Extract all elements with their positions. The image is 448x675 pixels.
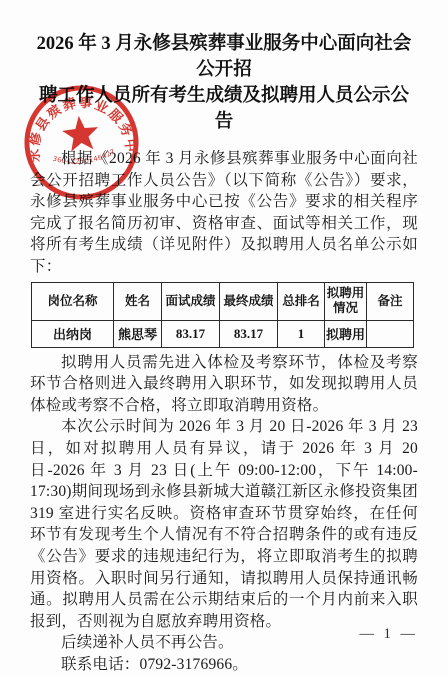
title-line-2: 聘工作人员所有考生成绩及拟聘用人员公示公告 (30, 83, 418, 135)
col-header-rank: 总排名 (278, 282, 325, 320)
cell-remarks (367, 320, 414, 347)
col-header-hiring-status: 拟聘用情况 (325, 282, 367, 320)
publicity-period-paragraph: 本次公示时间为 2026 年 3 月 20 日-2026 年 3 月 23 日，… (30, 416, 418, 632)
health-check-paragraph: 拟聘用人员需先进入体检及考察环节，体检及考察环节合格则进入最终聘用入职环节，如发… (30, 352, 418, 417)
contact-phone-line: 联系电话：0792-3176966。 (30, 654, 418, 675)
cell-rank: 1 (278, 320, 325, 347)
intro-paragraph: 根据《2026 年 3 月永修县殡葬事业服务中心面向社会公开招聘工作人员公告》（… (30, 148, 418, 278)
col-header-remarks: 备注 (367, 282, 414, 320)
table-header-row: 岗位名称 姓名 面试成绩 最终成绩 总排名 拟聘用情况 备注 (32, 282, 414, 320)
cell-interview-score: 83.17 (162, 320, 220, 347)
announcement-document: 2026 年 3 月永修县殡葬事业服务中心面向社会公开招 聘工作人员所有考生成绩… (0, 0, 448, 675)
title-line-1: 2026 年 3 月永修县殡葬事业服务中心面向社会公开招 (30, 31, 418, 83)
table-row: 出纳岗 熊思琴 83.17 83.17 1 拟聘用 (32, 320, 414, 347)
cell-position: 出纳岗 (32, 320, 114, 347)
col-header-final-score: 最终成绩 (220, 282, 278, 320)
results-table: 岗位名称 姓名 面试成绩 最终成绩 总排名 拟聘用情况 备注 出纳岗 熊思琴 8… (31, 282, 414, 348)
cell-hiring-status: 拟聘用 (325, 320, 367, 347)
col-header-position: 岗位名称 (32, 282, 114, 320)
cell-name: 熊思琴 (114, 320, 162, 347)
page-title: 2026 年 3 月永修县殡葬事业服务中心面向社会公开招 聘工作人员所有考生成绩… (30, 31, 418, 135)
page-number: — 1 — (360, 626, 419, 643)
cell-final-score: 83.17 (220, 320, 278, 347)
col-header-interview-score: 面试成绩 (162, 282, 220, 320)
col-header-name: 姓名 (114, 282, 162, 320)
